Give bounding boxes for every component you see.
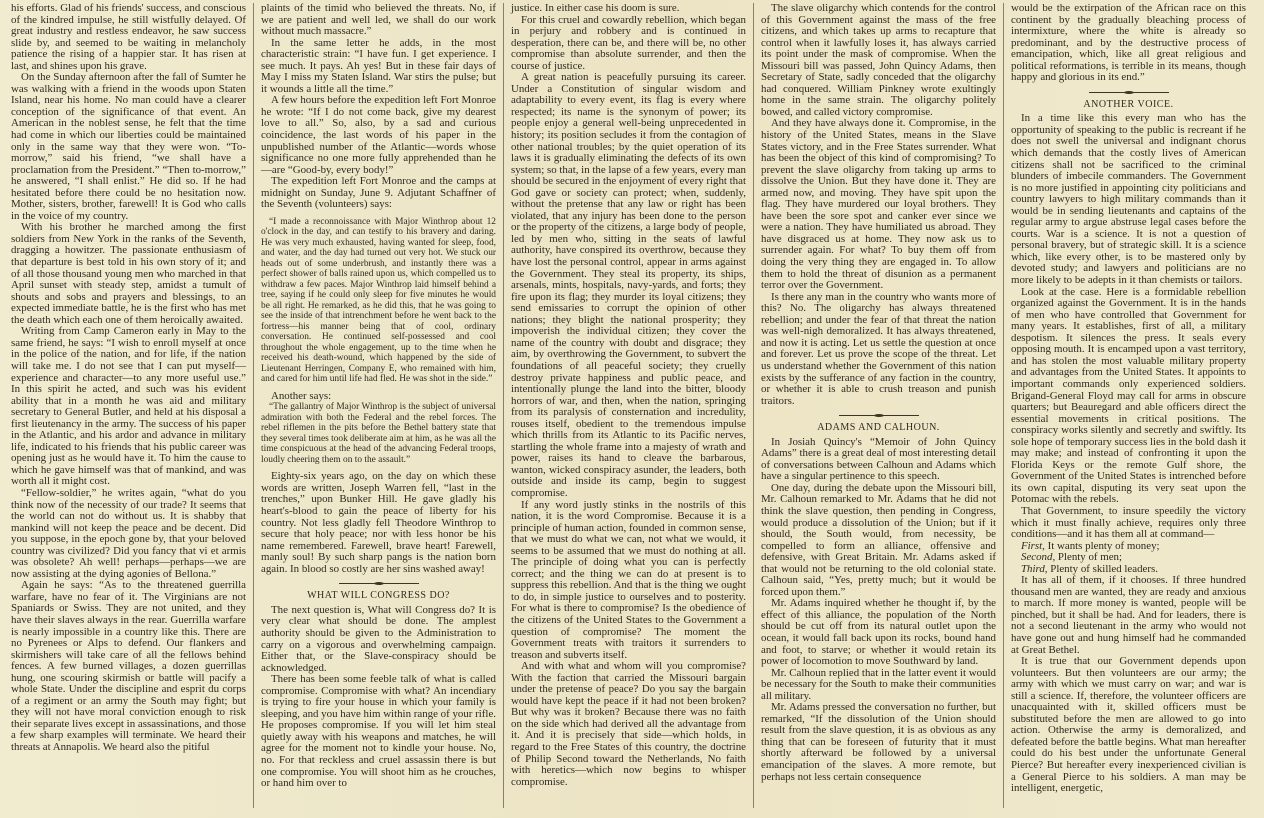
section-heading: ANOTHER VOICE. (1011, 99, 1246, 111)
list-ordinal: First, (1021, 540, 1045, 552)
paragraph: Is there any man in the country who want… (761, 292, 996, 407)
paragraph: In the same letter he adds, in the most … (261, 38, 496, 96)
section-heading: WHAT WILL CONGRESS DO? (261, 590, 496, 602)
paragraph: It has all of them, if it chooses. If th… (1011, 575, 1246, 656)
list-ordinal: Second, (1021, 551, 1055, 563)
paragraph: Eighty-six years ago, on the day on whic… (261, 471, 496, 575)
column-5: would be the extirpation of the African … (1006, 3, 1251, 815)
paragraph: Mr. Calhoun replied that in the latter e… (761, 668, 996, 703)
column-divider (503, 3, 504, 808)
column-divider (753, 3, 754, 808)
section-separator (761, 415, 996, 416)
block-quote: “I made a reconnoissance with Major Wint… (261, 217, 496, 385)
paragraph: In a time like this every man who has th… (1011, 113, 1246, 286)
paragraph: Again he says: “As to the threatened gue… (11, 580, 246, 753)
paragraph: For this cruel and cowardly rebellion, w… (511, 15, 746, 73)
section-heading: ADAMS AND CALHOUN. (761, 422, 996, 434)
paragraph: Mr. Adams inquired whether he thought if… (761, 598, 996, 667)
paragraph: justice. In either case his doom is sure… (511, 3, 746, 15)
paragraph: One day, during the debate upon the Miss… (761, 483, 996, 598)
paragraph: A few hours before the expedition left F… (261, 95, 496, 176)
quote-text: “I made a reconnoissance with Major Wint… (261, 217, 496, 385)
column-2: plaints of the timid who believed the th… (256, 3, 501, 815)
column-4: The slave oligarchy which contends for t… (756, 3, 1001, 815)
paragraph: Another says: (261, 391, 496, 403)
paragraph: “Fellow-soldier,” he writes again, “what… (11, 488, 246, 580)
paragraph: With his brother he marched among the fi… (11, 222, 246, 326)
column-divider (1003, 3, 1004, 808)
paragraph: A great nation is peacefully pursuing it… (511, 72, 746, 499)
paragraph: If any word justly stinks in the nostril… (511, 500, 746, 662)
section-separator (1011, 92, 1246, 93)
quote-text: “The gallantry of Major Winthrop is the … (261, 402, 496, 465)
paragraph: would be the extirpation of the African … (1011, 3, 1246, 84)
list-text: It wants plenty of money; (1048, 540, 1160, 552)
paragraph: Writing from Camp Cameron early in May t… (11, 326, 246, 488)
paragraph: The slave oligarchy which contends for t… (761, 3, 996, 118)
column-3: justice. In either case his doom is sure… (506, 3, 751, 815)
paragraph: That Government, to insure speedily the … (1011, 506, 1246, 541)
paragraph: In Josiah Quincy's “Memoir of John Quinc… (761, 437, 996, 483)
paragraph: Look at the case. Here is a formidable r… (1011, 287, 1246, 506)
list-ordinal: Third, (1021, 563, 1048, 575)
paragraph: It is true that our Government depends u… (1011, 656, 1246, 795)
section-separator (261, 583, 496, 584)
paragraph: On the Sunday afternoon after the fall o… (11, 72, 246, 222)
list-text: Plenty of men; (1058, 551, 1122, 563)
paragraph: The expedition left Fort Monroe and the … (261, 176, 496, 211)
column-divider (253, 3, 254, 808)
block-quote: “The gallantry of Major Winthrop is the … (261, 402, 496, 465)
paragraph: his efforts. Glad of his friends' succes… (11, 3, 246, 72)
column-1: his efforts. Glad of his friends' succes… (6, 3, 251, 815)
paragraph: The next question is, What will Congress… (261, 605, 496, 674)
newspaper-page: his efforts. Glad of his friends' succes… (0, 0, 1264, 818)
list-text: Plenty of skilled leaders. (1050, 563, 1158, 575)
paragraph: There has been some feeble talk of what … (261, 674, 496, 789)
paragraph: And they have always done it. Compromise… (761, 118, 996, 291)
paragraph: Mr. Adams pressed the conversation no fu… (761, 702, 996, 783)
paragraph: And with what and whom will you compromi… (511, 661, 746, 788)
paragraph: plaints of the timid who believed the th… (261, 3, 496, 38)
